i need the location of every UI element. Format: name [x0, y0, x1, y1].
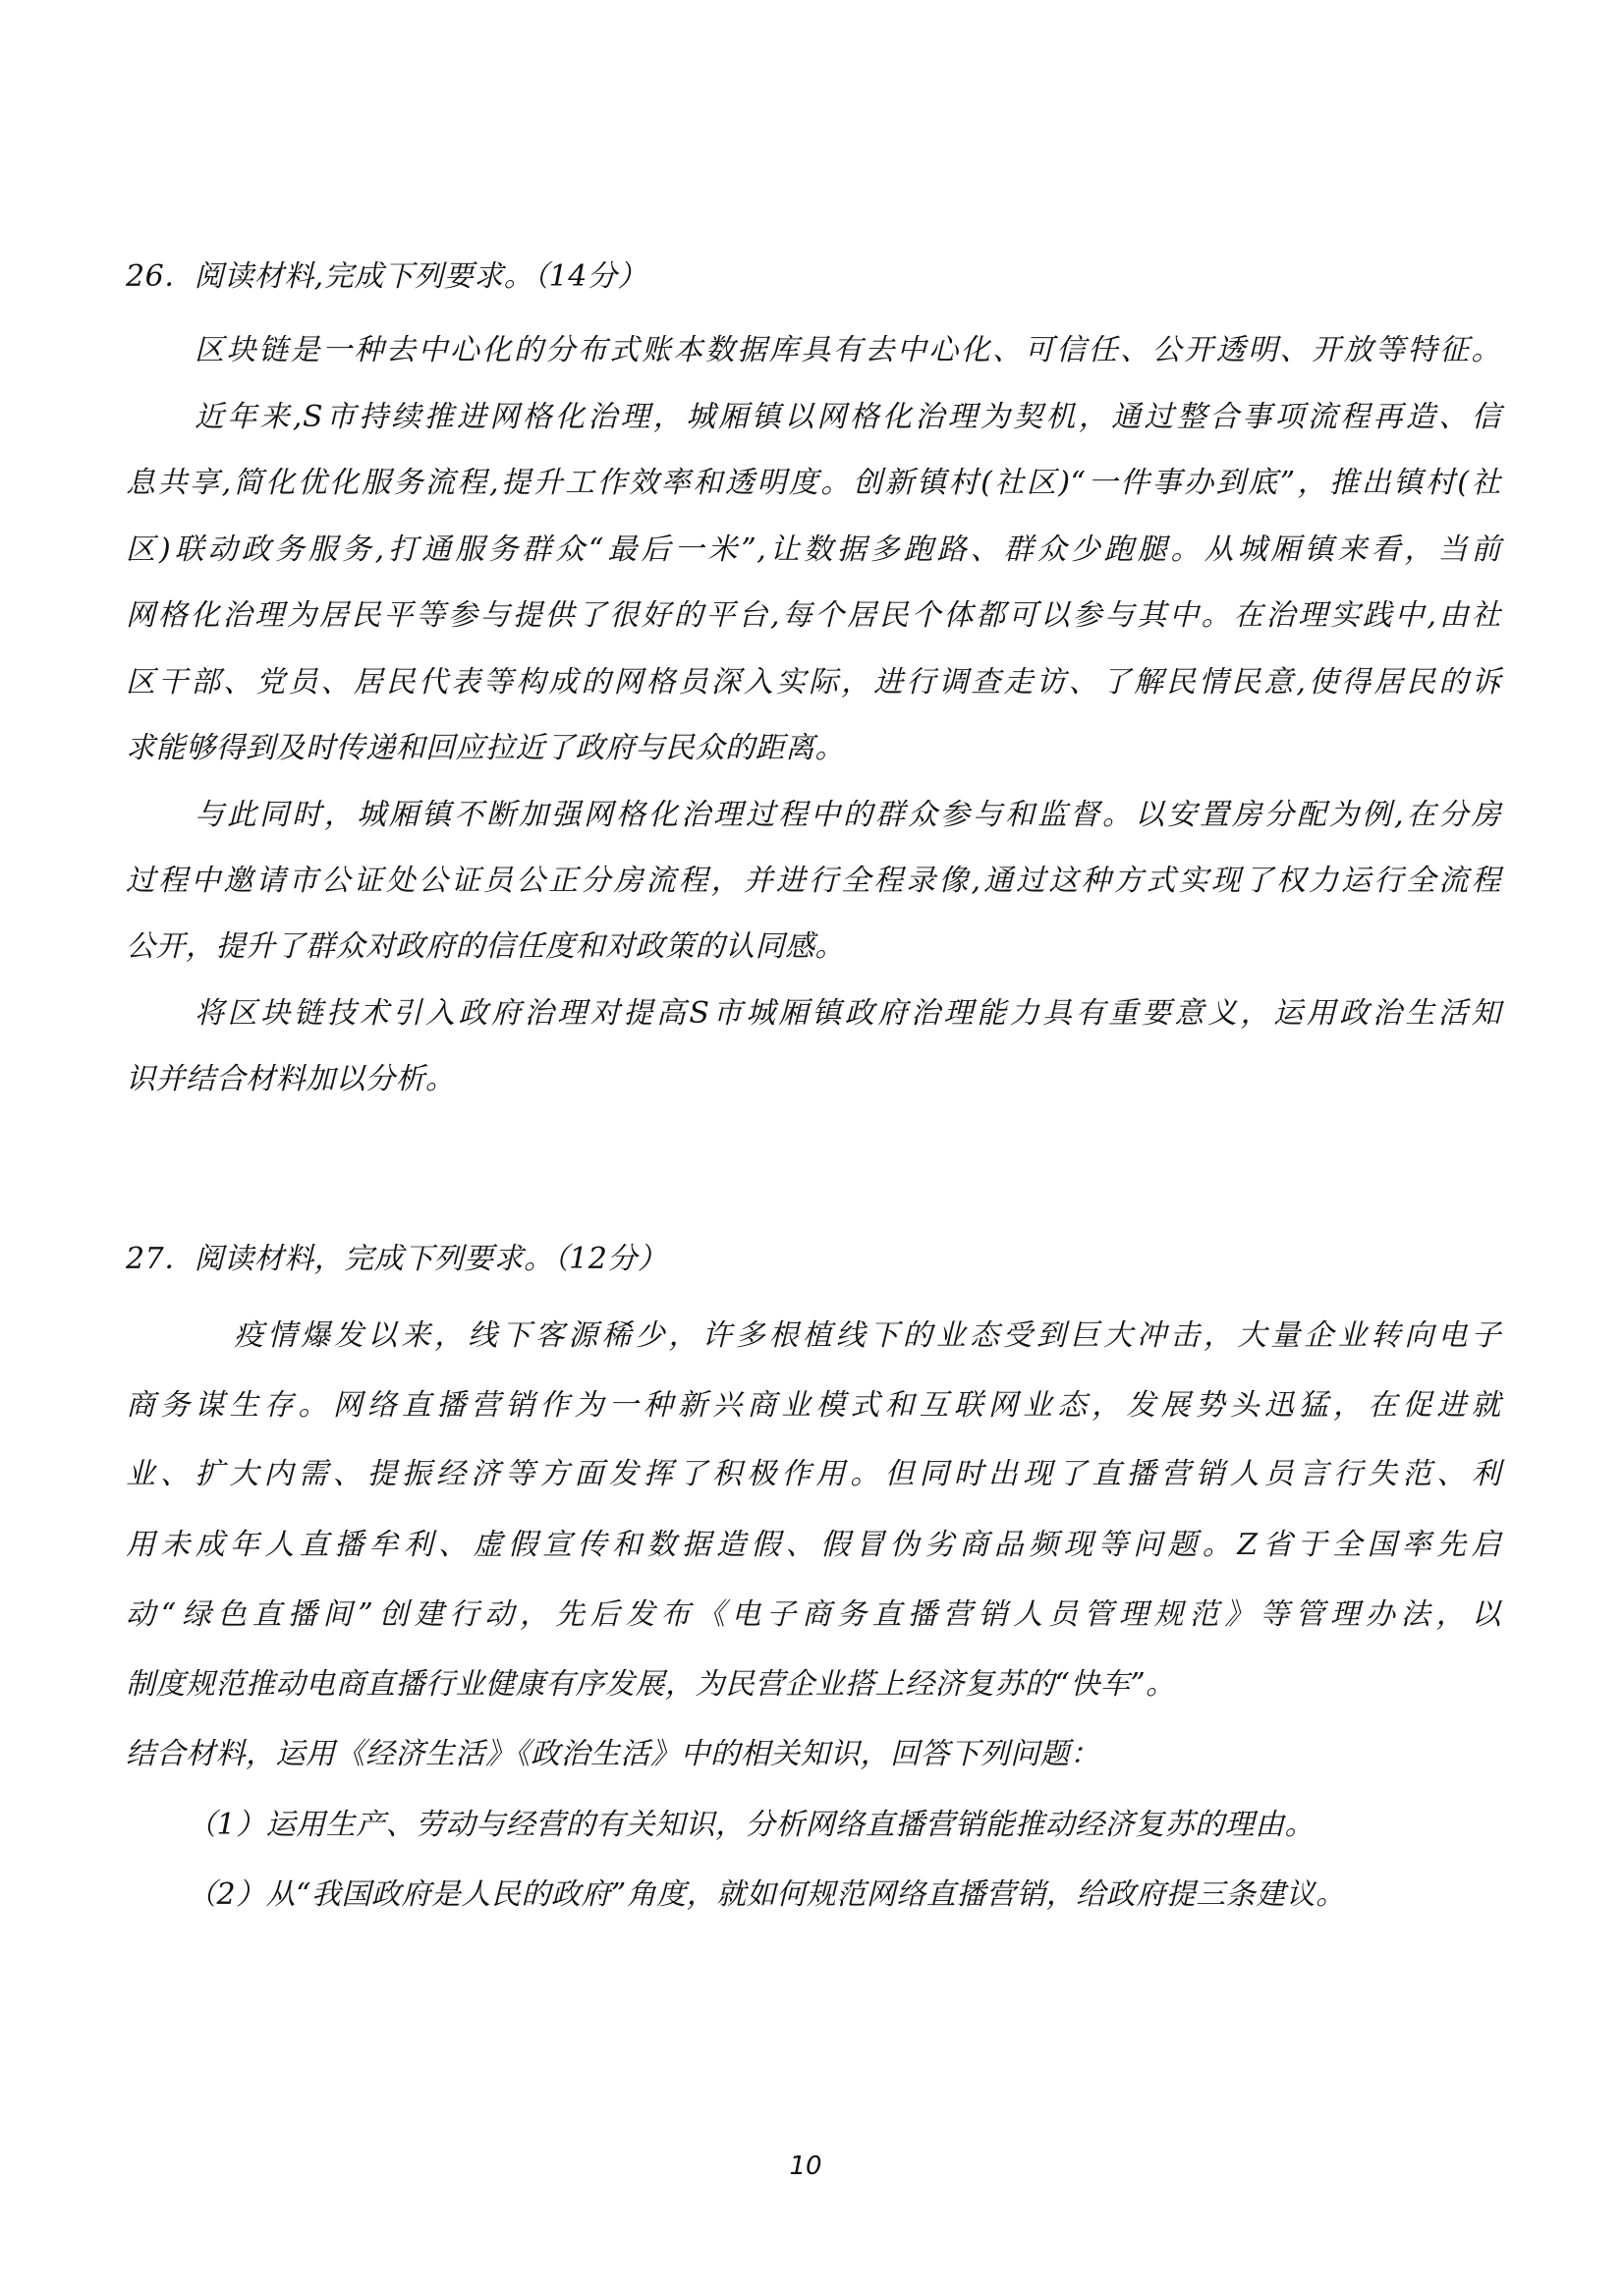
- q26-paragraph-line: 近年来,S市持续推进网格化治理，城厢镇以网格化治理为契机，通过整合事项流程再造、…: [195, 398, 1501, 437]
- q27-subquestion-1: （1）运用生产、劳动与经营的有关知识，分析网络直播营销能推动经济复苏的理由。: [187, 1806, 1501, 1845]
- q27-instruction: 结合材料，运用《经济生活》《政治生活》中的相关知识，回答下列问题：: [126, 1735, 1501, 1774]
- q27-paragraph-line: 用未成年人直播牟利、虚假宣传和数据造假、假冒伪劣商品频现等问题。Z省于全国率先启: [126, 1526, 1501, 1565]
- q27-paragraph-line: 疫情爆发以来，线下客源稀少，许多根植线下的业态受到巨大冲击，大量企业转向电子: [234, 1316, 1501, 1356]
- q26-paragraph-line: 网格化治理为居民平等参与提供了很好的平台,每个居民个体都可以参与其中。在治理实践…: [126, 596, 1501, 636]
- q27-paragraph-line: 制度规范推动电商直播行业健康有序发展，为民营企业搭上经济复苏的“快车”。: [126, 1665, 1501, 1705]
- q26-paragraph-line: 区块链是一种去中心化的分布式账本数据库具有去中心化、可信任、公开透明、开放等特征…: [195, 331, 1501, 370]
- q26-paragraph-line: 息共享,简化优化服务流程,提升工作效率和透明度。创新镇村(社区)“一件事办到底”…: [126, 464, 1501, 503]
- q27-subquestion-2: （2）从“我国政府是人民的政府”角度，就如何规范网络直播营销，给政府提三条建议。: [187, 1875, 1501, 1915]
- q26-paragraph-line: 公开，提升了群众对政府的信任度和对政策的认同感。: [126, 927, 1501, 967]
- question-26-heading: 26．阅读材料,完成下列要求。（14分）: [126, 257, 1501, 297]
- q26-paragraph-line: 将区块链技术引入政府治理对提高S市城厢镇政府治理能力具有重要意义，运用政治生活知: [195, 994, 1501, 1034]
- q26-paragraph-line: 与此同时，城厢镇不断加强网格化治理过程中的群众参与和监督。以安置房分配为例,在分…: [195, 796, 1501, 835]
- q26-paragraph-line: 求能够得到及时传递和回应拉近了政府与民众的距离。: [126, 729, 1501, 768]
- q26-paragraph-line: 识并结合材料加以分析。: [126, 1060, 1501, 1099]
- q26-paragraph-line: 过程中邀请市公证处公证员公正分房流程，并进行全程录像,通过这种方式实现了权力运行…: [126, 862, 1501, 901]
- question-27-heading: 27．阅读材料，完成下列要求。（12分）: [126, 1240, 1501, 1279]
- page-number: 10: [776, 2152, 835, 2181]
- q26-paragraph-line: 区)联动政务服务,打通服务群众“最后一米”,让数据多跑路、群众少跑腿。从城厢镇来…: [126, 531, 1501, 570]
- q26-paragraph-line: 区干部、党员、居民代表等构成的网格员深入实际，进行调查走访、了解民情民意,使得居…: [126, 663, 1501, 702]
- q27-paragraph-line: 商务谋生存。网络直播营销作为一种新兴商业模式和互联网业态，发展势头迅猛，在促进就: [126, 1386, 1501, 1426]
- q27-paragraph-line: 动“绿色直播间”创建行动，先后发布《电子商务直播营销人员管理规范》等管理办法，以: [126, 1595, 1501, 1635]
- q27-paragraph-line: 业、扩大内需、提振经济等方面发挥了积极作用。但同时出现了直播营销人员言行失范、利: [126, 1455, 1501, 1494]
